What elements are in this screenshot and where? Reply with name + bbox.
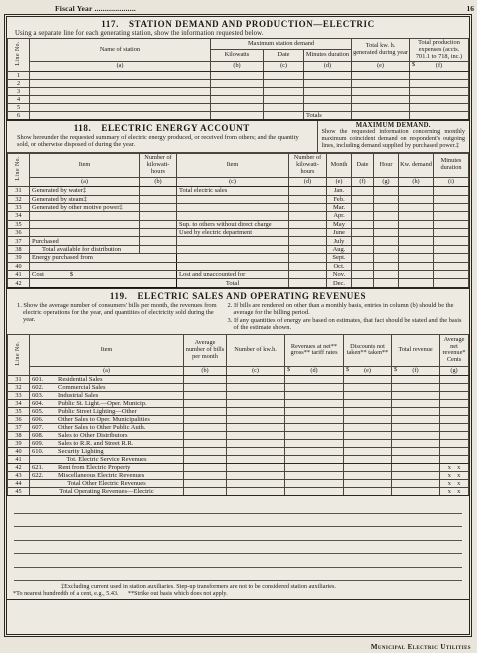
blank-ruled-area xyxy=(7,496,469,581)
table-row: 39609.Sales to R.R. and Street R.R. xyxy=(8,440,469,448)
entry-cell[interactable] xyxy=(211,111,264,119)
table-row: 3 xyxy=(8,87,469,95)
entry-cell[interactable] xyxy=(344,416,392,424)
entry-cell[interactable] xyxy=(344,464,392,472)
line-number: 41 xyxy=(8,271,30,279)
entry-cell[interactable] xyxy=(285,464,344,472)
form-sheet: 117.STATION DEMAND AND PRODUCTION—ELECTR… xyxy=(4,14,472,637)
col-header-minutes: Minutes duration xyxy=(304,50,352,62)
entry-cell[interactable] xyxy=(285,472,344,480)
entry-cell[interactable] xyxy=(392,408,440,416)
item-label xyxy=(30,262,177,270)
entry-cell[interactable] xyxy=(140,229,177,237)
entry-cell[interactable] xyxy=(440,456,469,464)
item-text: Public St. Light.—Oper. Municip. xyxy=(58,400,147,407)
entry-cell[interactable] xyxy=(227,392,285,400)
table-row: 6Totals xyxy=(8,111,469,119)
entry-cell[interactable] xyxy=(434,262,469,270)
entry-cell[interactable] xyxy=(434,237,469,245)
table-row: 36606.Other Sales to Oper. Municipalitie… xyxy=(8,416,469,424)
note-3: 3. If any quantities of energy are based… xyxy=(228,317,465,331)
entry-cell[interactable] xyxy=(399,220,434,228)
entry-cell[interactable] xyxy=(285,488,344,496)
line-number: 31 xyxy=(8,187,30,195)
entry-cell[interactable] xyxy=(440,408,469,416)
entry-cell[interactable] xyxy=(184,488,227,496)
entry-cell[interactable] xyxy=(399,237,434,245)
entry-cell[interactable] xyxy=(184,376,227,384)
not-applicable-mark: x x xyxy=(440,488,469,496)
entry-cell[interactable] xyxy=(285,392,344,400)
entry-cell[interactable] xyxy=(30,111,211,119)
entry-cell[interactable] xyxy=(352,254,374,262)
line-number: 40 xyxy=(8,262,30,270)
month-label: Nov. xyxy=(327,271,352,279)
entry-cell[interactable] xyxy=(140,195,177,203)
entry-cell[interactable] xyxy=(285,480,344,488)
line-number: 35 xyxy=(8,408,30,416)
col-letter-g: (g) xyxy=(374,177,399,187)
entry-cell[interactable] xyxy=(177,212,289,220)
entry-cell[interactable] xyxy=(177,195,289,203)
entry-cell[interactable] xyxy=(344,456,392,464)
entry-cell[interactable] xyxy=(344,384,392,392)
table-row: 34604.Public St. Light.—Oper. Municip. xyxy=(8,400,469,408)
entry-cell[interactable] xyxy=(352,237,374,245)
month-label: Dec. xyxy=(327,279,352,287)
entry-cell[interactable] xyxy=(30,212,140,220)
entry-cell[interactable] xyxy=(392,376,440,384)
entry-cell[interactable] xyxy=(434,212,469,220)
item-label: 601.Residential Sales xyxy=(30,376,184,384)
entry-cell[interactable] xyxy=(289,220,327,228)
entry-cell[interactable] xyxy=(227,416,285,424)
item-label: 621.Rent from Electric Property xyxy=(30,464,184,472)
entry-cell[interactable] xyxy=(30,95,211,103)
entry-cell[interactable] xyxy=(392,464,440,472)
col-letter-a: (a) xyxy=(30,177,140,187)
entry-cell[interactable] xyxy=(344,424,392,432)
entry-cell[interactable] xyxy=(374,220,399,228)
entry-cell[interactable] xyxy=(352,271,374,279)
line-number: 38 xyxy=(8,245,30,253)
entry-cell[interactable] xyxy=(184,464,227,472)
line-number: 31 xyxy=(8,376,30,384)
entry-cell[interactable] xyxy=(285,456,344,464)
item-label: Generated by steam‡ xyxy=(30,195,140,203)
entry-cell[interactable] xyxy=(434,254,469,262)
entry-cell[interactable] xyxy=(227,408,285,416)
entry-cell[interactable] xyxy=(304,79,352,87)
month-label: June xyxy=(327,229,352,237)
entry-cell[interactable] xyxy=(184,448,227,456)
entry-cell[interactable] xyxy=(352,87,410,95)
entry-cell[interactable] xyxy=(211,79,264,87)
entry-cell[interactable] xyxy=(177,254,289,262)
entry-cell[interactable] xyxy=(434,195,469,203)
section-117-title: 117.STATION DEMAND AND PRODUCTION—ELECTR… xyxy=(7,17,469,29)
entry-cell[interactable] xyxy=(289,262,327,270)
table-row: 34Apr. xyxy=(8,212,469,220)
entry-cell[interactable] xyxy=(392,488,440,496)
col-header-expenses: Total production expenses (accts. 701.1 … xyxy=(410,39,469,62)
entry-cell[interactable] xyxy=(211,95,264,103)
entry-cell[interactable] xyxy=(289,195,327,203)
entry-cell[interactable] xyxy=(410,95,469,103)
entry-cell[interactable] xyxy=(227,448,285,456)
entry-cell[interactable] xyxy=(177,203,289,211)
ruled-line[interactable] xyxy=(14,568,462,582)
entry-cell[interactable] xyxy=(140,212,177,220)
entry-cell[interactable] xyxy=(30,87,211,95)
col-header-generated: Total kw. h. generated during year xyxy=(352,39,410,62)
entry-cell[interactable] xyxy=(352,95,410,103)
entry-cell[interactable] xyxy=(264,87,304,95)
entry-cell[interactable] xyxy=(30,103,211,111)
totals-label: Totals xyxy=(304,111,352,119)
col-header-minutes: Minutes duration xyxy=(434,153,469,177)
entry-cell[interactable] xyxy=(227,456,285,464)
entry-cell[interactable] xyxy=(344,408,392,416)
entry-cell[interactable] xyxy=(440,416,469,424)
entry-cell[interactable] xyxy=(434,203,469,211)
entry-cell[interactable] xyxy=(30,79,211,87)
item-label: 608.Sales to Other Distributors xyxy=(30,432,184,440)
entry-cell[interactable] xyxy=(410,111,469,119)
entry-cell[interactable] xyxy=(440,432,469,440)
entry-cell[interactable] xyxy=(352,245,374,253)
entry-cell[interactable] xyxy=(440,448,469,456)
entry-cell[interactable] xyxy=(434,220,469,228)
table-row: 38608.Sales to Other Distributors xyxy=(8,432,469,440)
entry-cell[interactable] xyxy=(434,271,469,279)
entry-cell[interactable] xyxy=(352,220,374,228)
entry-cell[interactable] xyxy=(184,456,227,464)
entry-cell[interactable] xyxy=(211,103,264,111)
entry-cell[interactable] xyxy=(374,262,399,270)
entry-cell[interactable] xyxy=(392,480,440,488)
entry-cell[interactable] xyxy=(434,229,469,237)
month-label: Feb. xyxy=(327,195,352,203)
entry-cell[interactable] xyxy=(440,376,469,384)
entry-cell[interactable] xyxy=(374,212,399,220)
entry-cell[interactable] xyxy=(352,262,374,270)
line-number: 36 xyxy=(8,229,30,237)
entry-cell[interactable] xyxy=(140,220,177,228)
line-no-header: Line No. xyxy=(8,334,30,376)
entry-cell[interactable] xyxy=(227,384,285,392)
ruled-line[interactable] xyxy=(14,500,462,514)
entry-cell[interactable] xyxy=(399,187,434,195)
entry-cell[interactable] xyxy=(344,448,392,456)
entry-cell[interactable] xyxy=(399,195,434,203)
entry-cell[interactable] xyxy=(264,79,304,87)
table-row: 37607.Other Sales to Other Public Auth. xyxy=(8,424,469,432)
table-row: 41Tot. Electric Service Revenues xyxy=(8,456,469,464)
table-row: 35605.Public Street Lighting—Other xyxy=(8,408,469,416)
entry-cell[interactable] xyxy=(285,376,344,384)
entry-cell[interactable] xyxy=(184,424,227,432)
entry-cell[interactable] xyxy=(30,220,140,228)
page-header: Fiscal Year .................... 16 xyxy=(0,0,477,13)
entry-cell[interactable] xyxy=(410,71,469,79)
entry-cell[interactable] xyxy=(374,187,399,195)
entry-cell[interactable] xyxy=(399,245,434,253)
entry-cell[interactable] xyxy=(184,472,227,480)
fiscal-year-field[interactable]: Fiscal Year .................... xyxy=(55,4,136,13)
ruled-line[interactable] xyxy=(14,554,462,568)
entry-cell[interactable] xyxy=(211,71,264,79)
table-row: 37PurchasedJuly xyxy=(8,237,469,245)
entry-cell[interactable] xyxy=(374,254,399,262)
month-label: May xyxy=(327,220,352,228)
section-117-instructions: Using a separate line for each generatin… xyxy=(7,29,469,38)
table-row: 32Generated by steam‡Feb. xyxy=(8,195,469,203)
entry-cell[interactable] xyxy=(285,448,344,456)
entry-cell[interactable] xyxy=(285,400,344,408)
item-label: Lost and unaccounted for xyxy=(177,271,289,279)
entry-cell[interactable] xyxy=(184,400,227,408)
entry-cell[interactable] xyxy=(352,79,410,87)
entry-cell[interactable] xyxy=(399,262,434,270)
entry-cell[interactable] xyxy=(304,87,352,95)
col-letter-b: (b) xyxy=(140,177,177,187)
entry-cell[interactable] xyxy=(399,212,434,220)
entry-cell[interactable] xyxy=(227,464,285,472)
table-row: 5 xyxy=(8,103,469,111)
item-text: Commercial Sales xyxy=(58,384,105,391)
entry-cell[interactable] xyxy=(304,71,352,79)
table-row: 32602.Commercial Sales xyxy=(8,384,469,392)
entry-cell[interactable] xyxy=(140,245,177,253)
col-letter-h: (h) xyxy=(399,177,434,187)
section-119-notes: 1. Show the average number of consumers'… xyxy=(7,301,469,334)
entry-cell[interactable] xyxy=(227,432,285,440)
entry-cell[interactable] xyxy=(399,203,434,211)
entry-cell[interactable] xyxy=(140,237,177,245)
month-label: Oct. xyxy=(327,262,352,270)
entry-cell[interactable] xyxy=(392,440,440,448)
entry-cell[interactable] xyxy=(177,245,289,253)
entry-cell[interactable] xyxy=(344,472,392,480)
entry-cell[interactable] xyxy=(399,271,434,279)
item-label: Tot. Electric Service Revenues xyxy=(30,456,184,464)
station-demand-rows: 123456Totals xyxy=(8,71,469,119)
entry-cell[interactable] xyxy=(289,245,327,253)
table-row: 40610.Security Lighting xyxy=(8,448,469,456)
entry-cell[interactable] xyxy=(177,237,289,245)
entry-cell[interactable] xyxy=(344,400,392,408)
form-series-label: Municipal Electric Utilities xyxy=(371,643,471,651)
section-119-heading: ELECTRIC SALES AND OPERATING REVENUES xyxy=(138,291,367,301)
entry-cell[interactable] xyxy=(352,229,374,237)
section-119: 119.ELECTRIC SALES AND OPERATING REVENUE… xyxy=(7,288,469,497)
entry-cell[interactable] xyxy=(392,472,440,480)
entry-cell[interactable] xyxy=(344,392,392,400)
section-118-title: 118.ELECTRIC ENERGY ACCOUNT xyxy=(13,122,311,133)
item-label: 602.Commercial Sales xyxy=(30,384,184,392)
entry-cell[interactable] xyxy=(289,212,327,220)
entry-cell[interactable] xyxy=(440,392,469,400)
entry-cell[interactable] xyxy=(344,488,392,496)
entry-cell[interactable] xyxy=(352,195,374,203)
entry-cell[interactable] xyxy=(344,480,392,488)
entry-cell[interactable] xyxy=(440,440,469,448)
entry-cell[interactable] xyxy=(227,480,285,488)
entry-cell[interactable] xyxy=(264,71,304,79)
entry-cell[interactable] xyxy=(434,187,469,195)
account-number: 604. xyxy=(32,400,58,407)
entry-cell[interactable] xyxy=(374,203,399,211)
col-header-item: Item xyxy=(30,334,184,366)
entry-cell[interactable] xyxy=(352,111,410,119)
entry-cell[interactable] xyxy=(434,245,469,253)
entry-cell[interactable] xyxy=(440,384,469,392)
entry-cell[interactable] xyxy=(344,376,392,384)
ruled-line[interactable] xyxy=(14,514,462,528)
account-number: 602. xyxy=(32,384,58,391)
entry-cell[interactable] xyxy=(392,456,440,464)
entry-cell[interactable] xyxy=(227,424,285,432)
entry-cell[interactable] xyxy=(399,279,434,287)
item-label: Total xyxy=(177,279,289,287)
entry-cell[interactable] xyxy=(184,432,227,440)
entry-cell[interactable] xyxy=(304,103,352,111)
entry-cell[interactable] xyxy=(352,187,374,195)
entry-cell[interactable] xyxy=(374,229,399,237)
entry-cell[interactable] xyxy=(374,271,399,279)
energy-account-table: Line No. Item Number of kilowatt-hours I… xyxy=(7,153,469,288)
entry-cell[interactable] xyxy=(392,424,440,432)
entry-cell[interactable] xyxy=(184,480,227,488)
entry-cell[interactable] xyxy=(352,212,374,220)
entry-cell[interactable] xyxy=(374,237,399,245)
account-number: 610. xyxy=(32,448,58,455)
entry-cell[interactable] xyxy=(289,229,327,237)
entry-cell[interactable] xyxy=(352,203,374,211)
col-letter-e: (e) xyxy=(352,62,410,72)
ruled-line[interactable] xyxy=(14,541,462,555)
item-label: 604.Public St. Light.—Oper. Municip. xyxy=(30,400,184,408)
entry-cell[interactable] xyxy=(392,392,440,400)
col-letter-d: $(d) xyxy=(285,366,344,376)
entry-cell[interactable] xyxy=(440,400,469,408)
entry-cell[interactable] xyxy=(392,400,440,408)
entry-cell[interactable] xyxy=(285,416,344,424)
entry-cell[interactable] xyxy=(289,203,327,211)
entry-cell[interactable] xyxy=(140,187,177,195)
footnotes: ‡Excluding current used in station auxil… xyxy=(7,581,469,600)
table-row: 42621.Rent from Electric Propertyx x xyxy=(8,464,469,472)
entry-cell[interactable] xyxy=(227,400,285,408)
item-label: 603.Industrial Sales xyxy=(30,392,184,400)
entry-cell[interactable] xyxy=(344,432,392,440)
entry-cell[interactable] xyxy=(184,384,227,392)
entry-cell[interactable] xyxy=(410,103,469,111)
entry-cell[interactable] xyxy=(184,416,227,424)
entry-cell[interactable] xyxy=(285,384,344,392)
entry-cell[interactable] xyxy=(374,195,399,203)
entry-cell[interactable] xyxy=(285,440,344,448)
entry-cell[interactable] xyxy=(410,79,469,87)
entry-cell[interactable] xyxy=(410,87,469,95)
entry-cell[interactable] xyxy=(399,254,434,262)
entry-cell[interactable] xyxy=(304,95,352,103)
entry-cell[interactable] xyxy=(184,392,227,400)
entry-cell[interactable] xyxy=(440,424,469,432)
entry-cell[interactable] xyxy=(30,229,140,237)
entry-cell[interactable] xyxy=(289,187,327,195)
col-letter-a: (a) xyxy=(30,366,184,376)
entry-cell[interactable] xyxy=(399,229,434,237)
item-label: 610.Security Lighting xyxy=(30,448,184,456)
line-number: 6 xyxy=(8,111,30,119)
entry-cell[interactable] xyxy=(344,440,392,448)
entry-cell[interactable] xyxy=(227,472,285,480)
entry-cell[interactable] xyxy=(140,203,177,211)
table-row: 2 xyxy=(8,79,469,87)
entry-cell[interactable] xyxy=(264,111,304,119)
entry-cell[interactable] xyxy=(352,279,374,287)
entry-cell[interactable] xyxy=(289,254,327,262)
entry-cell[interactable] xyxy=(392,432,440,440)
entry-cell[interactable] xyxy=(374,245,399,253)
entry-cell[interactable] xyxy=(227,488,285,496)
entry-cell[interactable] xyxy=(184,408,227,416)
entry-cell[interactable] xyxy=(392,384,440,392)
col-letter-f: $(f) xyxy=(410,62,469,72)
col-header-kwh: Number of kw.h. xyxy=(227,334,285,366)
entry-cell[interactable] xyxy=(285,408,344,416)
entry-cell[interactable] xyxy=(434,279,469,287)
line-number: 44 xyxy=(8,480,30,488)
entry-cell[interactable] xyxy=(264,95,304,103)
entry-cell[interactable] xyxy=(285,424,344,432)
entry-cell[interactable] xyxy=(285,432,344,440)
entry-cell[interactable] xyxy=(352,103,410,111)
sales-revenues-table: Line No. Item Average number of bills pe… xyxy=(7,334,469,497)
entry-cell[interactable] xyxy=(289,237,327,245)
table-row: 31Generated by water‡Total electric sale… xyxy=(8,187,469,195)
account-number: 601. xyxy=(32,376,58,383)
entry-cell[interactable] xyxy=(289,271,327,279)
entry-cell[interactable] xyxy=(392,416,440,424)
entry-cell[interactable] xyxy=(392,448,440,456)
entry-cell[interactable] xyxy=(177,262,289,270)
entry-cell[interactable] xyxy=(184,440,227,448)
entry-cell[interactable] xyxy=(374,279,399,287)
ruled-line[interactable] xyxy=(14,527,462,541)
entry-cell[interactable] xyxy=(264,103,304,111)
line-number: 39 xyxy=(8,440,30,448)
account-number: 605. xyxy=(32,408,58,415)
entry-cell[interactable] xyxy=(227,440,285,448)
entry-cell[interactable] xyxy=(289,279,327,287)
entry-cell[interactable] xyxy=(30,71,211,79)
col-header-hour: Hour xyxy=(374,153,399,177)
item-text: Sales to Other Distributors xyxy=(58,432,128,439)
col-letter-a: (a) xyxy=(30,62,211,72)
entry-cell[interactable] xyxy=(211,87,264,95)
entry-cell[interactable] xyxy=(227,376,285,384)
footnote-dagger: ‡Excluding current used in station auxil… xyxy=(13,583,463,590)
entry-cell[interactable] xyxy=(352,71,410,79)
table-row: 35Sup. to others without direct chargeMa… xyxy=(8,220,469,228)
item-label xyxy=(30,279,177,287)
section-118: 118.ELECTRIC ENERGY ACCOUNT Show hereund… xyxy=(7,120,469,288)
col-header-kilowatts: Kilowatts xyxy=(211,50,264,62)
col-letter-e: (e) xyxy=(327,177,352,187)
